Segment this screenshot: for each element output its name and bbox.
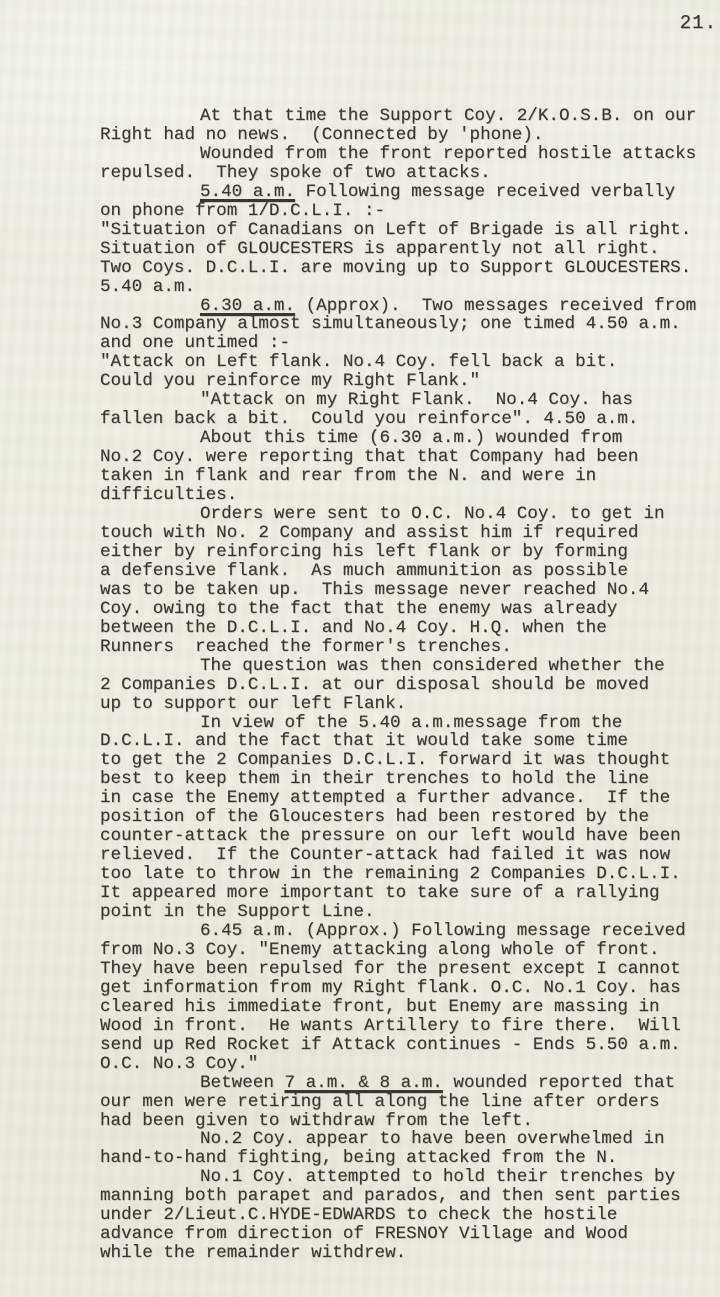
text-run: Runners reached the former's trenches. [100,637,512,657]
document-line: "Situation of Canadians on Left of Briga… [100,221,712,240]
text-run: was to be taken up. This message never r… [100,580,649,600]
text-run: At that time the Support Coy. 2/K.O.S.B.… [200,106,696,126]
text-run: O.C. No.3 Coy." [100,1054,258,1074]
text-run: No.3 Company almost simultaneously; one … [100,314,681,334]
document-line: About this time (6.30 a.m.) wounded from [100,429,712,448]
document-line: either by reinforcing his left flank or … [100,543,712,562]
document-line: The question was then considered whether… [100,657,712,676]
document-line: No.2 Coy. appear to have been overwhelme… [100,1130,712,1149]
text-run: hand-to-hand fighting, being attacked fr… [100,1148,617,1168]
text-run: Could you reinforce my Right Flank." [100,371,480,391]
document-line: and one untimed :- [100,334,712,353]
underlined-time: 7 a.m. & 8 a.m. [284,1073,442,1093]
document-line: advance from direction of FRESNOY Villag… [100,1225,712,1244]
text-run: counter-attack the pressure on our left … [100,826,681,846]
text-run: They have been repulsed for the present … [100,959,681,979]
document-line: In view of the 5.40 a.m.message from the [100,714,712,733]
document-line: fallen back a bit. Could you reinforce".… [100,410,712,429]
document-line: At that time the Support Coy. 2/K.O.S.B.… [100,107,712,126]
document-line: send up Red Rocket if Attack continues -… [100,1036,712,1055]
document-line: Situation of GLOUCESTERS is apparently n… [100,240,712,259]
text-run: "Attack on Left flank. No.4 Coy. fell ba… [100,352,617,372]
document-line: cleared his immediate front, but Enemy a… [100,998,712,1017]
document-line: was to be taken up. This message never r… [100,581,712,600]
text-run: in case the Enemy attempted a further ad… [100,788,670,808]
document-line: 6.30 a.m. (Approx). Two messages receive… [100,297,712,316]
text-run: taken in flank and rear from the N. and … [100,466,596,486]
document-line: 6.45 a.m. (Approx.) Following message re… [100,922,712,941]
text-run: 2 Companies D.C.L.I. at our disposal sho… [100,675,649,695]
underlined-time: 6.30 a.m. [200,296,295,316]
document-line: D.C.L.I. and the fact that it would take… [100,732,712,751]
text-run: advance from direction of FRESNOY Villag… [100,1224,628,1244]
text-run: No.2 Coy. were reporting that that Compa… [100,447,638,467]
text-run: get information from my Right flank. O.C… [100,978,681,998]
document-line: position of the Gloucesters had been res… [100,808,712,827]
text-run: from No.3 Coy. "Enemy attacking along wh… [100,940,660,960]
text-run: under 2/Lieut.C.HYDE-EDWARDS to check th… [100,1205,617,1225]
document-line: No.1 Coy. attempted to hold their trench… [100,1168,712,1187]
text-run: our men were retiring all along the line… [100,1092,660,1112]
document-line: taken in flank and rear from the N. and … [100,467,712,486]
document-line: It appeared more important to take sure … [100,884,712,903]
text-run: Between [200,1073,284,1093]
document-line: under 2/Lieut.C.HYDE-EDWARDS to check th… [100,1206,712,1225]
text-run: Following message received verbally [295,182,675,202]
document-body: At that time the Support Coy. 2/K.O.S.B.… [100,107,712,1263]
text-run: 6.45 a.m. (Approx.) Following message re… [200,921,686,941]
text-run: Two Coys. D.C.L.I. are moving up to Supp… [100,258,691,278]
text-run: difficulties. [100,485,237,505]
document-line: No.2 Coy. were reporting that that Compa… [100,448,712,467]
text-run: touch with No. 2 Company and assist him … [100,523,638,543]
page-number: 21. [680,12,717,34]
document-line: relieved. If the Counter-attack had fail… [100,846,712,865]
document-line: They have been repulsed for the present … [100,960,712,979]
document-line: Coy. owing to the fact that the enemy wa… [100,600,712,619]
document-line: Wood in front. He wants Artillery to fir… [100,1017,712,1036]
document-line: from No.3 Coy. "Enemy attacking along wh… [100,941,712,960]
document-line: Could you reinforce my Right Flank." [100,372,712,391]
text-run: The question was then considered whether… [200,656,665,676]
document-line: in case the Enemy attempted a further ad… [100,789,712,808]
text-run: up to support our left Flank. [100,694,406,714]
text-run: "Attack on my Right Flank. No.4 Coy. has [200,390,633,410]
text-run: 5.40 a.m. [100,277,195,297]
text-run: between the D.C.L.I. and No.4 Coy. H.Q. … [100,618,607,638]
text-run: In view of the 5.40 a.m.message from the [200,713,622,733]
text-run: position of the Gloucesters had been res… [100,807,649,827]
document-line: 2 Companies D.C.L.I. at our disposal sho… [100,676,712,695]
text-run: About this time (6.30 a.m.) wounded from [200,428,622,448]
text-run: fallen back a bit. Could you reinforce".… [100,409,638,429]
document-line: Runners reached the former's trenches. [100,638,712,657]
document-line: Two Coys. D.C.L.I. are moving up to Supp… [100,259,712,278]
text-run: relieved. If the Counter-attack had fail… [100,845,670,865]
text-run: Situation of GLOUCESTERS is apparently n… [100,239,660,259]
document-line: point in the Support Line. [100,903,712,922]
text-run: to get the 2 Companies D.C.L.I. forward … [100,750,670,770]
text-run: D.C.L.I. and the fact that it would take… [100,731,628,751]
document-line: on phone from 1/D.C.L.I. :- [100,202,712,221]
document-line: counter-attack the pressure on our left … [100,827,712,846]
text-run: manning both parapet and parados, and th… [100,1186,681,1206]
text-run: send up Red Rocket if Attack continues -… [100,1035,681,1055]
text-run: Right had no news. (Connected by 'phone)… [100,125,543,145]
text-run: Orders were sent to O.C. No.4 Coy. to ge… [200,504,665,524]
document-line: 5.40 a.m. Following message received ver… [100,183,712,202]
text-run: had been given to withdraw from the left… [100,1111,533,1131]
text-run: either by reinforcing his left flank or … [100,542,628,562]
text-run: (Approx). Two messages received from [295,296,696,316]
document-line: while the remainder withdrew. [100,1244,712,1263]
document-page: 21. At that time the Support Coy. 2/K.O.… [0,0,720,1297]
text-run: "Situation of Canadians on Left of Briga… [100,220,691,240]
document-line: get information from my Right flank. O.C… [100,979,712,998]
document-line: O.C. No.3 Coy." [100,1055,712,1074]
underlined-time: 5.40 a.m. [200,182,295,202]
text-run: Coy. owing to the fact that the enemy wa… [100,599,617,619]
document-line: manning both parapet and parados, and th… [100,1187,712,1206]
document-line: repulsed. They spoke of two attacks. [100,164,712,183]
document-line: touch with No. 2 Company and assist him … [100,524,712,543]
document-line: difficulties. [100,486,712,505]
document-line: "Attack on my Right Flank. No.4 Coy. has [100,391,712,410]
document-line: Orders were sent to O.C. No.4 Coy. to ge… [100,505,712,524]
text-run: wounded reported that [443,1073,675,1093]
text-run: a defensive flank. As much ammunition as… [100,561,628,581]
document-line: to get the 2 Companies D.C.L.I. forward … [100,751,712,770]
text-run: best to keep them in their trenches to h… [100,769,649,789]
text-run: No.2 Coy. appear to have been overwhelme… [200,1129,665,1149]
text-run: No.1 Coy. attempted to hold their trench… [200,1167,675,1187]
document-line: between the D.C.L.I. and No.4 Coy. H.Q. … [100,619,712,638]
document-line: Wounded from the front reported hostile … [100,145,712,164]
text-run: and one untimed :- [100,333,290,353]
document-line: had been given to withdraw from the left… [100,1112,712,1131]
document-line: hand-to-hand fighting, being attacked fr… [100,1149,712,1168]
document-line: too late to throw in the remaining 2 Com… [100,865,712,884]
text-run: point in the Support Line. [100,902,375,922]
document-line: our men were retiring all along the line… [100,1093,712,1112]
text-run: It appeared more important to take sure … [100,883,660,903]
document-line: up to support our left Flank. [100,695,712,714]
document-line: Between 7 a.m. & 8 a.m. wounded reported… [100,1074,712,1093]
text-run: Wood in front. He wants Artillery to fir… [100,1016,681,1036]
text-run: while the remainder withdrew. [100,1243,406,1263]
document-line: "Attack on Left flank. No.4 Coy. fell ba… [100,353,712,372]
document-line: best to keep them in their trenches to h… [100,770,712,789]
document-line: 5.40 a.m. [100,278,712,297]
document-line: Right had no news. (Connected by 'phone)… [100,126,712,145]
text-run: repulsed. They spoke of two attacks. [100,163,491,183]
document-line: a defensive flank. As much ammunition as… [100,562,712,581]
text-run: cleared his immediate front, but Enemy a… [100,997,660,1017]
text-run: Wounded from the front reported hostile … [200,144,696,164]
document-line: No.3 Company almost simultaneously; one … [100,315,712,334]
text-run: on phone from 1/D.C.L.I. :- [100,201,385,221]
text-run: too late to throw in the remaining 2 Com… [100,864,681,884]
